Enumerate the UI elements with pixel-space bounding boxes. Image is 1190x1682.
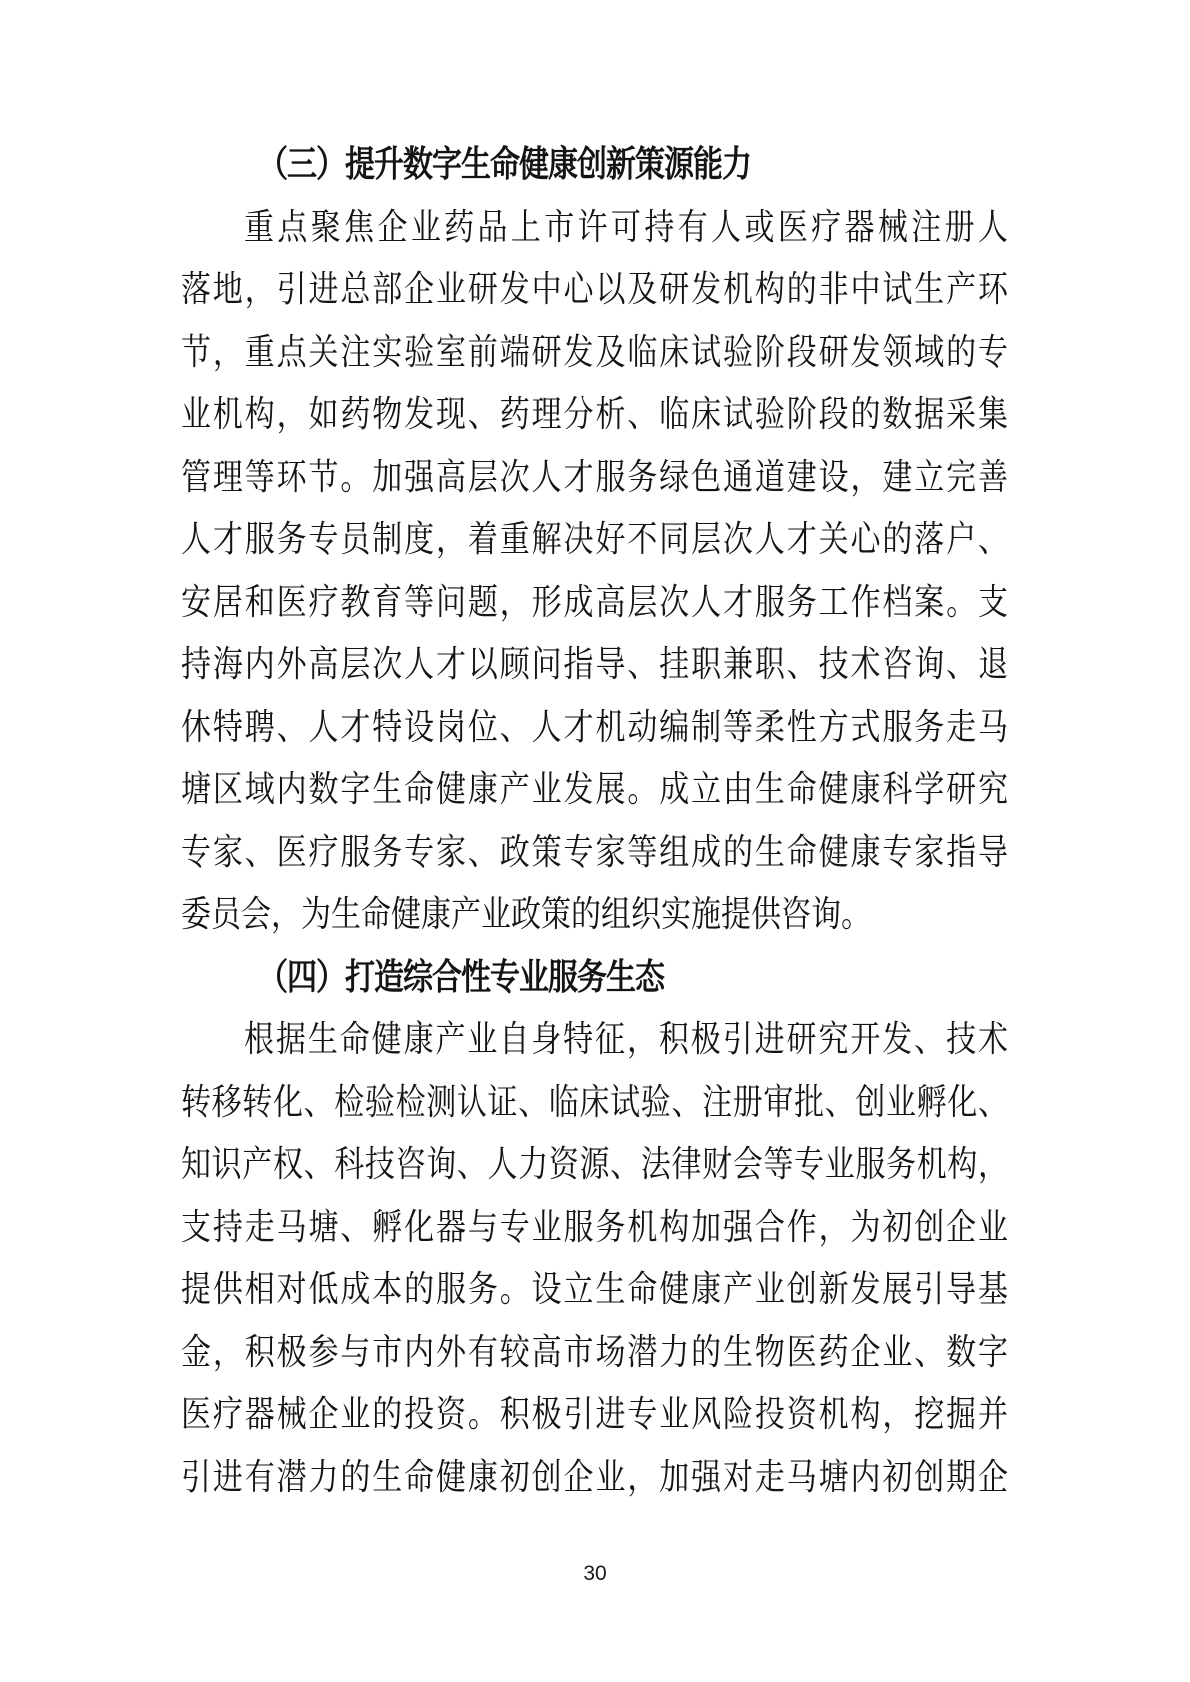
- text-block: （三）提升数字生命健康创新策源能力重点聚焦企业药品上市许可持有人或医疗器械注册人…: [181, 134, 1008, 1509]
- body-line: 引进有潜力的生命健康初创企业，加强对走马塘内初创期企: [181, 1440, 1008, 1515]
- document-page: （三）提升数字生命健康创新策源能力重点聚焦企业药品上市许可持有人或医疗器械注册人…: [0, 0, 1190, 1682]
- page-number: 30: [0, 1562, 1190, 1586]
